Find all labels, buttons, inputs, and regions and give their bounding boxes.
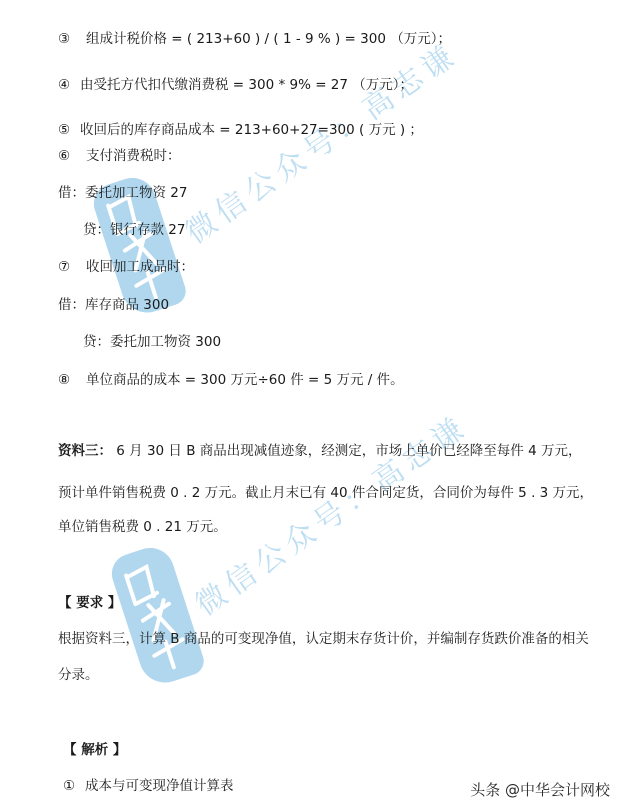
material-3-line-1: 资料三： 6 月 30 日 B 商品出现减值迹象，经测定，市场上单价已经降至每件… (58, 442, 581, 460)
step-4: ④由受托方代扣代缴消费税 = 300 * 9% = 27 （万元）； (58, 76, 413, 94)
step-marker: ④ (58, 76, 80, 94)
journal-debit: 借：库存商品 300 (58, 296, 169, 314)
analysis-heading: 【 解析 】 (63, 741, 126, 759)
step-marker: ③ (58, 30, 86, 48)
step-text: 单位商品的成本 = 300 万元÷60 件 = 5 万元 / 件。 (86, 372, 404, 388)
material-3-text: 6 月 30 日 B 商品出现减值迹象，经测定，市场上单价已经降至每件 4 万元… (112, 443, 581, 459)
step-7: ⑦收回加工成品时： (58, 258, 194, 276)
step-text: 支付消费税时： (86, 148, 181, 164)
step-marker: ⑦ (58, 258, 86, 276)
step-3: ③组成计税价格 = ( 213+60 ) / ( 1 - 9 % ) = 300… (58, 30, 451, 48)
item-text: 成本与可变现净值计算表 (85, 778, 234, 794)
step-marker: ⑧ (58, 371, 86, 389)
material-3-label: 资料三： (58, 443, 112, 459)
step-marker: ⑤ (58, 121, 80, 139)
step-6: ⑥支付消费税时： (58, 147, 181, 165)
watermark-text: 微信公众号：高志谦 (175, 30, 466, 252)
watermark-logo-icon (107, 542, 208, 690)
item-marker: ① (63, 777, 85, 795)
analysis-item-1: ①成本与可变现净值计算表 (63, 777, 234, 795)
requirement-line-1: 根据资料三，计算 B 商品的可变现净值，认定期末存货计价，并编制存货跌价准备的相… (58, 630, 589, 648)
requirement-line-2: 分录。 (58, 666, 99, 684)
step-5: ⑤收回后的库存商品成本 = 213+60+27=300 ( 万元 ) ； (58, 121, 423, 139)
step-text: 收回后的库存商品成本 = 213+60+27=300 ( 万元 ) ； (80, 122, 423, 138)
journal-debit: 借：委托加工物资 27 (58, 184, 187, 202)
material-3-line-2: 预计单件销售税费 0 . 2 万元。截止月末已有 40 件合同定货，合同价为每件… (58, 484, 593, 502)
step-text: 组成计税价格 = ( 213+60 ) / ( 1 - 9 % ) = 300 … (86, 31, 451, 47)
step-text: 由受托方代扣代缴消费税 = 300 * 9% = 27 （万元）； (80, 77, 413, 93)
footer-brand-watermark: 头条 @中华会计网校 (470, 779, 610, 800)
material-3-line-3: 单位销售税费 0 . 21 万元。 (58, 518, 227, 536)
step-text: 收回加工成品时： (86, 259, 194, 275)
journal-credit: 贷：委托加工物资 300 (83, 333, 221, 351)
step-marker: ⑥ (58, 147, 86, 165)
watermark-text: 微信公众号：高志谦 (185, 402, 476, 624)
step-8: ⑧单位商品的成本 = 300 万元÷60 件 = 5 万元 / 件。 (58, 371, 404, 389)
journal-credit: 贷：银行存款 27 (83, 221, 185, 239)
requirement-heading: 【 要求 】 (58, 594, 121, 612)
